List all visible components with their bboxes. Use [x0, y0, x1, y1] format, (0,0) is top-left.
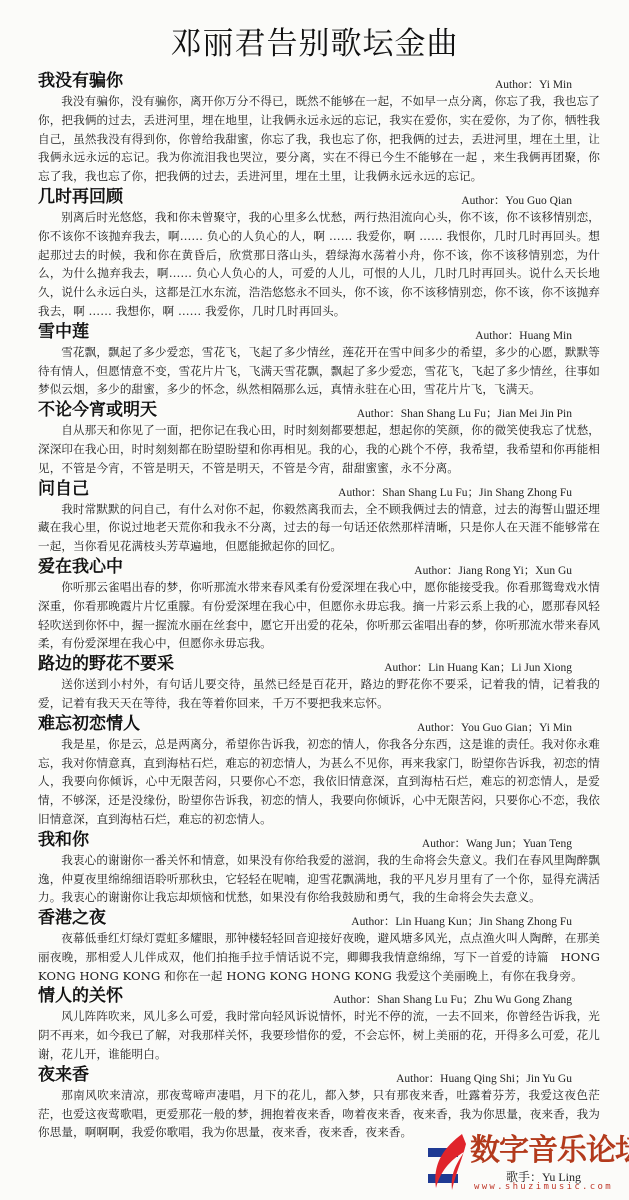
song-header: 夜来香 Author：Huang Qing Shi；Jin Yu Gu	[28, 1064, 600, 1086]
song-header: 我和你 Author：Wang Jun；Yuan Teng	[28, 829, 600, 851]
song-author: Author：Yi Min	[495, 78, 572, 92]
song-entry: 不论今宵或明天 Author：Shan Shang Lu Fu；Jian Mei…	[28, 399, 600, 477]
song-lyrics: 我时常默默的问自己，有什么对你不起，你毅然离我而去，全不顾我俩过去的情意，过去的…	[28, 500, 600, 556]
song-author: Author：Wang Jun；Yuan Teng	[422, 837, 572, 851]
song-lyrics: 送你送到小村外，有句话儿要交待，虽然已经是百花开，路边的野花你不要采，记着我的情…	[28, 675, 600, 713]
song-lyrics: 雪花飘，飘起了多少爱恋，雪花飞，飞起了多少情丝，莲花开在雪中间多少的希望，多少的…	[28, 343, 600, 399]
song-lyrics: 风儿阵阵吹来，风儿多么可爱，我时常向轻风诉说情怀，时光不停的流，一去不回来，你曾…	[28, 1007, 600, 1063]
song-entry: 我没有骗你 Author：Yi Min 我没有骗你，没有骗你，离开你万分不得已，…	[28, 70, 600, 186]
song-lyrics: 我衷心的谢谢你一番关怀和情意，如果没有你给我爱的滋润，我的生命将会失意义。我们在…	[28, 851, 600, 907]
song-header: 问自己 Author：Shan Shang Lu Fu；Jin Shang Zh…	[28, 478, 600, 500]
song-lyrics: 别离后时光悠悠，我和你未曾聚守，我的心里多么忧愁，两行热泪流向心头，你不该，你不…	[28, 208, 600, 321]
song-author: Author：Jiang Rong Yi；Xun Gu	[414, 564, 572, 578]
song-lyrics: 我是星，你是云，总是两离分，希望你告诉我，初恋的情人，你我各分东西，这是谁的责任…	[28, 735, 600, 829]
song-author: Author：Huang Qing Shi；Jin Yu Gu	[396, 1072, 572, 1086]
song-title: 我没有骗你	[38, 70, 123, 92]
song-header: 难忘初恋情人 Author：You Guo Gian；Yi Min	[28, 713, 600, 735]
song-header: 香港之夜 Author：Lin Huang Kun；Jin Shang Zhon…	[28, 907, 600, 929]
site-url: www.shuzimusic.com	[474, 1182, 613, 1192]
song-author: Author：Huang Min	[475, 329, 572, 343]
song-entry: 爱在我心中 Author：Jiang Rong Yi；Xun Gu 你听那云雀唱…	[28, 556, 600, 653]
song-title: 夜来香	[38, 1064, 89, 1086]
song-entry: 情人的关怀 Author：Shan Shang Lu Fu；Zhu Wu Gon…	[28, 985, 600, 1063]
watermark-logo: 数字音乐论坛 歌手：Yu Ling www.shuzimusic.com	[424, 1132, 629, 1200]
song-entry: 问自己 Author：Shan Shang Lu Fu；Jin Shang Zh…	[28, 478, 600, 556]
song-title: 路边的野花不要采	[38, 653, 174, 675]
song-title: 爱在我心中	[38, 556, 123, 578]
song-list: 我没有骗你 Author：Yi Min 我没有骗你，没有骗你，离开你万分不得已，…	[28, 70, 600, 1142]
song-author: Author：Lin Huang Kun；Jin Shang Zhong Fu	[351, 915, 572, 929]
song-entry: 几时再回顾 Author：You Guo Qian 别离后时光悠悠，我和你未曾聚…	[28, 186, 600, 321]
site-logo-icon	[428, 1132, 468, 1192]
song-author: Author：Shan Shang Lu Fu；Zhu Wu Gong Zhan…	[333, 993, 572, 1007]
song-header: 路边的野花不要采 Author：Lin Huang Kan；Li Jun Xio…	[28, 653, 600, 675]
song-entry: 雪中莲 Author：Huang Min 雪花飘，飘起了多少爱恋，雪花飞，飞起了…	[28, 321, 600, 399]
song-entry: 香港之夜 Author：Lin Huang Kun；Jin Shang Zhon…	[28, 907, 600, 985]
song-header: 雪中莲 Author：Huang Min	[28, 321, 600, 343]
song-lyrics: 我没有骗你，没有骗你，离开你万分不得已，既然不能够在一起，不如早一点分离，你忘了…	[28, 92, 600, 186]
song-author: Author：Shan Shang Lu Fu；Jin Shang Zhong …	[338, 486, 572, 500]
song-header: 我没有骗你 Author：Yi Min	[28, 70, 600, 92]
song-author: Author：Lin Huang Kan；Li Jun Xiong	[384, 661, 572, 675]
site-name: 数字音乐论坛	[470, 1134, 629, 1168]
song-entry: 路边的野花不要采 Author：Lin Huang Kan；Li Jun Xio…	[28, 653, 600, 713]
song-title: 难忘初恋情人	[38, 713, 140, 735]
lyrics-page: 邓丽君告别歌坛金曲 我没有骗你 Author：Yi Min 我没有骗你，没有骗你…	[0, 0, 629, 1200]
song-lyrics: 夜幕低垂红灯绿灯霓虹多耀眼，那钟楼轻轻回音迎接好夜晚，避风塘多风光，点点渔火叫人…	[28, 929, 600, 985]
song-entry: 我和你 Author：Wang Jun；Yuan Teng 我衷心的谢谢你一番关…	[28, 829, 600, 907]
song-header: 爱在我心中 Author：Jiang Rong Yi；Xun Gu	[28, 556, 600, 578]
song-author: Author：You Guo Gian；Yi Min	[417, 721, 572, 735]
song-title: 问自己	[38, 478, 89, 500]
song-lyrics: 你听那云雀唱出春的梦，你听那流水带来春风柔有份爱深埋在我心中，愿你能接受我。你看…	[28, 578, 600, 653]
song-title: 雪中莲	[38, 321, 89, 343]
page-title: 邓丽君告别歌坛金曲	[0, 26, 629, 62]
song-header: 情人的关怀 Author：Shan Shang Lu Fu；Zhu Wu Gon…	[28, 985, 600, 1007]
song-title: 不论今宵或明天	[38, 399, 157, 421]
song-title: 情人的关怀	[38, 985, 123, 1007]
song-entry: 夜来香 Author：Huang Qing Shi；Jin Yu Gu 那南风吹…	[28, 1064, 600, 1142]
song-lyrics: 自从那天和你见了一面，把你记在我心田，时时刻刻都要想起，想起你的笑颜，你的微笑使…	[28, 421, 600, 477]
song-header: 不论今宵或明天 Author：Shan Shang Lu Fu；Jian Mei…	[28, 399, 600, 421]
song-title: 几时再回顾	[38, 186, 123, 208]
song-author: Author：You Guo Qian	[461, 194, 572, 208]
song-title: 我和你	[38, 829, 89, 851]
song-entry: 难忘初恋情人 Author：You Guo Gian；Yi Min 我是星，你是…	[28, 713, 600, 829]
song-header: 几时再回顾 Author：You Guo Qian	[28, 186, 600, 208]
song-title: 香港之夜	[38, 907, 106, 929]
song-author: Author：Shan Shang Lu Fu；Jian Mei Jin Pin	[357, 407, 572, 421]
